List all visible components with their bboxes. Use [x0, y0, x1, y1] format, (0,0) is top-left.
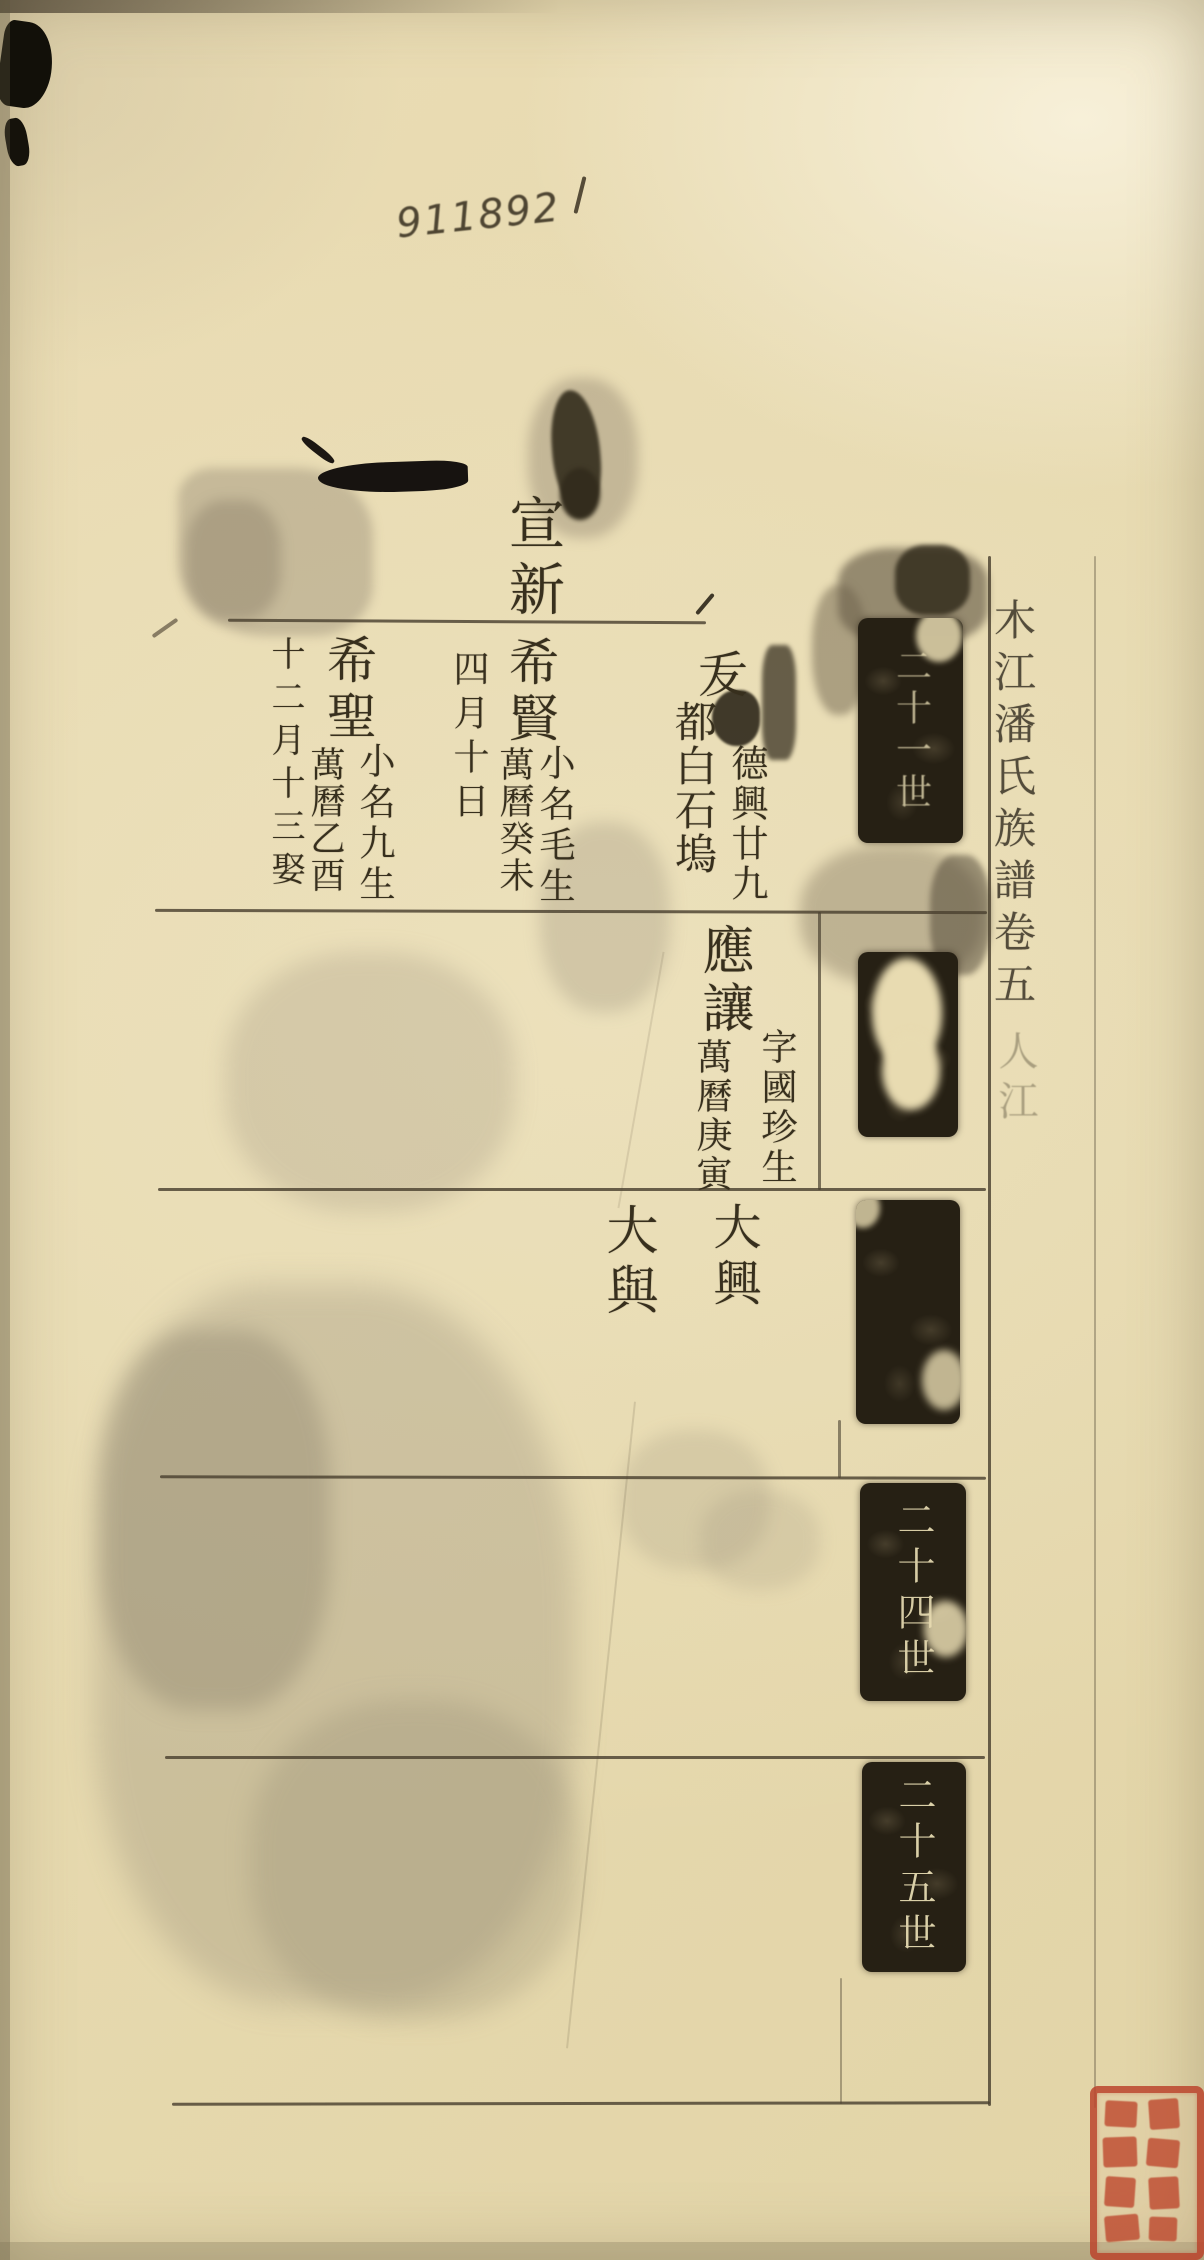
paper-stain [620, 1430, 770, 1570]
son-2-alias: 小名九生 [356, 742, 392, 906]
generation-column-divider [838, 1420, 841, 1478]
collection-seal [1090, 2086, 1204, 2260]
row-divider-1 [228, 619, 706, 625]
son-1-birth-year: 萬曆癸未 [496, 746, 531, 894]
son-2-marriage-date: 十二月十三娶 [268, 636, 302, 894]
ink-smudge [712, 690, 760, 746]
box-wear [856, 1200, 880, 1228]
ink-smudge [762, 645, 796, 760]
pencil-tick [573, 176, 586, 214]
paper-stain [186, 500, 281, 620]
generation-column-divider [818, 912, 821, 1190]
genealogy-page-scan: 911892 木江潘氏族譜卷五 人江 宣新 希賢 小名毛生 萬曆癸未 四月十日 … [0, 0, 1204, 2260]
row-divider-2 [155, 909, 987, 914]
marriage-place-left: 都白石塢 [672, 700, 714, 876]
seal-glyph [1104, 2176, 1136, 2208]
generation-label: 二十一世 [893, 647, 929, 815]
bottom-border [172, 2101, 990, 2105]
paper-stain [100, 1330, 330, 1710]
paper-stain [178, 468, 373, 636]
brush-ink-bar [318, 459, 469, 494]
son-1-alias: 小名毛生 [536, 744, 572, 908]
edge-shadow-top [0, 0, 560, 13]
son-2-name: 希聖 [323, 634, 373, 746]
edge-shadow-left [0, 0, 10, 2260]
generation-label: 二十五世 [895, 1775, 933, 1959]
generation-box-21: 二十一世 [858, 618, 963, 843]
edge-shadow-bottom [0, 2242, 1204, 2260]
box-wear [924, 1601, 966, 1657]
row2-name: 應讓 [697, 923, 749, 1039]
marriage-place-right: 德興廿九 [728, 744, 765, 904]
generation-column-divider [840, 1978, 842, 2104]
line-hook [695, 593, 715, 615]
entry-head-name: 宣新 [504, 494, 560, 626]
generation-box-22-worn [858, 952, 958, 1137]
brush-ink-stroke [300, 435, 336, 466]
seal-glyph [1146, 2138, 1180, 2169]
paper-stain [95, 1285, 575, 2005]
volume-title: 木江潘氏族譜卷五 [991, 598, 1033, 1014]
son-1-birth-date: 四月十日 [450, 650, 486, 826]
ink-smudge [560, 468, 600, 520]
generation-box-25: 二十五世 [862, 1762, 966, 1972]
paper-crease [566, 1402, 636, 2049]
row3-name-left: 大與 [601, 1203, 653, 1323]
marriage-lead-char: 叐 [694, 648, 744, 698]
generation-box-23-inked [856, 1200, 960, 1424]
ink-smudge [895, 545, 970, 615]
box-wear [922, 1350, 960, 1410]
line-end-mark [152, 618, 179, 638]
seal-glyph [1104, 2214, 1140, 2243]
seal-glyph [1102, 2136, 1137, 2167]
seal-glyph [1148, 2176, 1180, 2210]
row3-name-right: 大興 [709, 1202, 757, 1314]
box-wear [916, 618, 962, 662]
row-divider-5 [165, 1756, 985, 1759]
paper-stain [250, 1700, 580, 2020]
paper-stain [225, 952, 515, 1212]
right-outer-border [1094, 556, 1096, 2108]
row2-alias: 字國珍生 [758, 1028, 794, 1188]
generation-box-24: 二十四世 [860, 1483, 966, 1701]
generation-label: 二十四世 [894, 1500, 932, 1684]
son-2-birth-year: 萬曆乙酉 [307, 746, 342, 894]
volume-title-ghost: 人江 [995, 1030, 1035, 1130]
seal-glyph [1149, 2217, 1178, 2242]
seal-glyph [1148, 2098, 1180, 2130]
box-wear [882, 1032, 940, 1110]
catalog-number: 911892 [394, 188, 562, 245]
paper-crease [617, 952, 664, 1208]
son-1-name: 希賢 [505, 636, 555, 748]
seal-glyph [1104, 2100, 1137, 2128]
row-divider-4 [160, 1475, 986, 1479]
row-divider-3 [158, 1188, 986, 1191]
row2-birth-year: 萬曆庚寅 [693, 1038, 729, 1194]
paper-stain [700, 1490, 820, 1590]
